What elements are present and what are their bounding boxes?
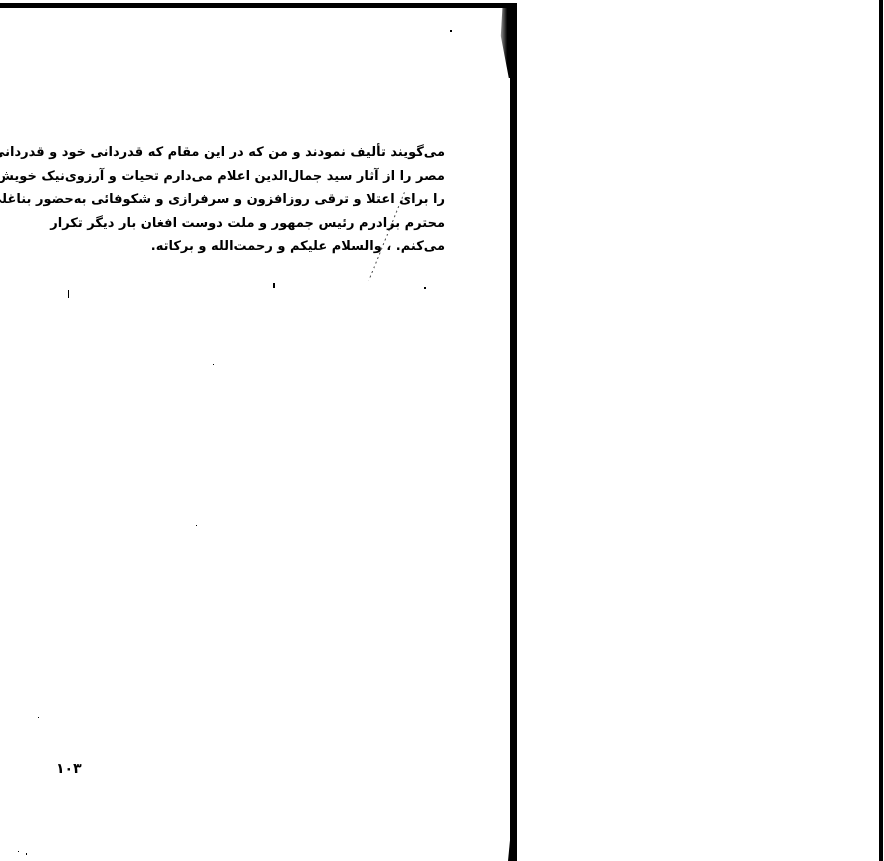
- paragraph-line-1: می‌گویند تألیف نمودند و من که در این مقا…: [52, 141, 445, 165]
- page-number: ۱۰۳: [56, 761, 82, 777]
- scan-speck: [213, 364, 214, 365]
- scan-speck: [424, 287, 426, 289]
- page-top-border: [0, 3, 514, 8]
- scan-right-edge: [879, 0, 883, 861]
- scan-speck: [68, 290, 69, 298]
- scan-speck: [196, 525, 197, 526]
- scan-speck: [450, 30, 452, 32]
- paragraph-line-4: محترم برادرم رئیس جمهور و ملت دوست افغان…: [52, 212, 445, 236]
- body-paragraph: می‌گویند تألیف نمودند و من که در این مقا…: [52, 141, 445, 259]
- scan-speck: [38, 717, 39, 718]
- paragraph-line-3: را برای اعتلا و ترقی روزافزون و سرفرازی …: [52, 188, 445, 212]
- scan-speck: [18, 851, 19, 852]
- scan-speck: [273, 283, 275, 288]
- scan-speck: [26, 853, 27, 855]
- scanned-page: می‌گویند تألیف نمودند و من که در این مقا…: [0, 0, 884, 861]
- paragraph-line-2: مصر را از آثار سید جمال‌الدین اعلام می‌د…: [52, 165, 445, 189]
- page-spine-edge: [510, 3, 517, 861]
